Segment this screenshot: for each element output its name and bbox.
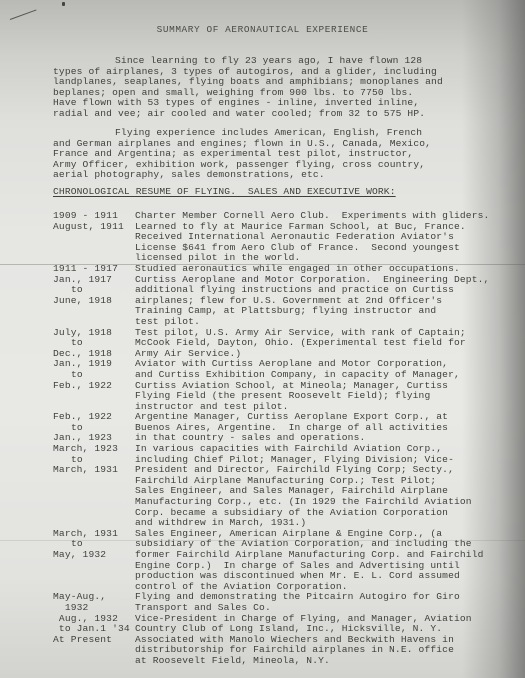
entry-dates: August, 1911: [0, 222, 135, 264]
entry-text-line: and Curtiss Exhibition Company, in capac…: [135, 370, 525, 381]
entry-date-line: March, 1923: [53, 444, 135, 455]
entry-dates: March, 1923toMarch, 1931: [0, 444, 135, 529]
entry-dates: March, 1931toMay, 1932: [0, 529, 135, 593]
entry-dates: May-Aug., 1932: [0, 592, 135, 613]
entry-description: Learned to fly at Maurice Farman School,…: [135, 222, 525, 264]
ink-spot: [62, 2, 65, 6]
entry-description: Argentine Manager, Curtiss Aeroplane Exp…: [135, 412, 525, 444]
entry-description: Associated with Manolo Wiechers and Beck…: [135, 635, 525, 667]
chronology-entry: August, 1911Learned to fly at Maurice Fa…: [0, 222, 525, 264]
entry-description: In various capacities with Fairchild Avi…: [135, 444, 525, 529]
entry-dates: Jan., 1917toJune, 1918: [0, 275, 135, 328]
pen-mark: [10, 9, 37, 20]
document-title: SUMMARY OF AERONAUTICAL EXPERIENCE: [0, 24, 525, 35]
chronology-entry: At PresentAssociated with Manolo Wiecher…: [0, 635, 525, 667]
scanned-page: SUMMARY OF AERONAUTICAL EXPERIENCE Since…: [0, 0, 525, 678]
entry-description: Vice-President in Charge of Flying, and …: [135, 614, 525, 635]
chronology-entry: Aug., 1932 to Jan.1 '34Vice-President in…: [0, 614, 525, 635]
entry-description: Curtiss Aeroplane and Motor Corporation.…: [135, 275, 525, 328]
entry-date-line: Feb., 1922: [53, 381, 135, 392]
chronology-list: 1909 - 1911Charter Member Cornell Aero C…: [0, 211, 525, 667]
entry-date-line: Feb., 1922: [53, 412, 135, 423]
entry-dates: 1909 - 1911: [0, 211, 135, 222]
entry-text-line: Transport and Sales Co.: [135, 603, 525, 614]
entry-date-line: Jan., 1917: [53, 275, 135, 286]
entry-dates: Jan., 1919toFeb., 1922: [0, 359, 135, 412]
entry-date-line: May, 1932: [53, 550, 135, 561]
entry-text-line: test pilot.: [135, 317, 525, 328]
entry-date-line: 1932: [53, 603, 135, 614]
entry-description: Aviator with Curtiss Aeroplane and Motor…: [135, 359, 525, 412]
entry-date-line: July, 1918: [53, 328, 135, 339]
chronology-entry: March, 1923toMarch, 1931In various capac…: [0, 444, 525, 529]
chronology-entry: Jan., 1917toJune, 1918Curtiss Aeroplane …: [0, 275, 525, 328]
entry-description: Studied aeronautics while engaged in oth…: [135, 264, 525, 275]
chronology-entry: 1911 - 1917Studied aeronautics while eng…: [0, 264, 525, 275]
paragraph-line: radial and vee; air cooled and water coo…: [53, 109, 443, 120]
entry-dates: At Present: [0, 635, 135, 667]
entry-date-line: June, 1918: [53, 296, 135, 307]
paragraph-flying-experience: Flying experience includes American, Eng…: [53, 128, 431, 181]
entry-date-line: Jan., 1919: [53, 359, 135, 370]
entry-dates: Feb., 1922toJan., 1923: [0, 412, 135, 444]
entry-description: Flying and demonstrating the Pitcairn Au…: [135, 592, 525, 613]
entry-description: Test pilot, U.S. Army Air Service, with …: [135, 328, 525, 360]
entry-date-line: March, 1931: [53, 529, 135, 540]
entry-date-line: to: [53, 370, 135, 381]
chronology-entry: May-Aug., 1932Flying and demonstrating t…: [0, 592, 525, 613]
chronology-entry: 1909 - 1911Charter Member Cornell Aero C…: [0, 211, 525, 222]
paragraph-line: Since learning to fly 23 years ago, I ha…: [53, 56, 443, 67]
section-heading: CHRONOLOGICAL RESUME OF FLYING. SALES AN…: [53, 187, 396, 198]
chronology-entry: July, 1918toDec., 1918Test pilot, U.S. A…: [0, 328, 525, 360]
chronology-entry: Jan., 1919toFeb., 1922Aviator with Curti…: [0, 359, 525, 412]
entry-text-line: at Roosevelt Field, Mineola, N.Y.: [135, 656, 525, 667]
entry-date-line: 1909 - 1911: [53, 211, 135, 222]
entry-description: Charter Member Cornell Aero Club. Experi…: [135, 211, 525, 222]
entry-date-line: March, 1931: [53, 465, 135, 476]
entry-dates: 1911 - 1917: [0, 264, 135, 275]
entry-text-line: Studied aeronautics while engaged in oth…: [135, 264, 525, 275]
chronology-entry: Feb., 1922toJan., 1923Argentine Manager,…: [0, 412, 525, 444]
entry-dates: July, 1918toDec., 1918: [0, 328, 135, 360]
entry-description: Sales Engineer, American Airplane & Engi…: [135, 529, 525, 593]
entry-text-line: former Fairchild Airplane Manufacturing …: [135, 550, 525, 561]
entry-date-line: August, 1911: [53, 222, 135, 233]
paragraph-line: aerial photography, sales demonstrations…: [53, 170, 431, 181]
paragraph-flying-summary: Since learning to fly 23 years ago, I ha…: [53, 56, 443, 120]
entry-text-line: Charter Member Cornell Aero Club. Experi…: [135, 211, 525, 222]
chronology-entry: March, 1931toMay, 1932Sales Engineer, Am…: [0, 529, 525, 593]
paragraph-line: Flying experience includes American, Eng…: [53, 128, 431, 139]
entry-date-line: At Present: [53, 635, 135, 646]
entry-dates: Aug., 1932 to Jan.1 '34: [0, 614, 135, 635]
entry-date-line: 1911 - 1917: [53, 264, 135, 275]
